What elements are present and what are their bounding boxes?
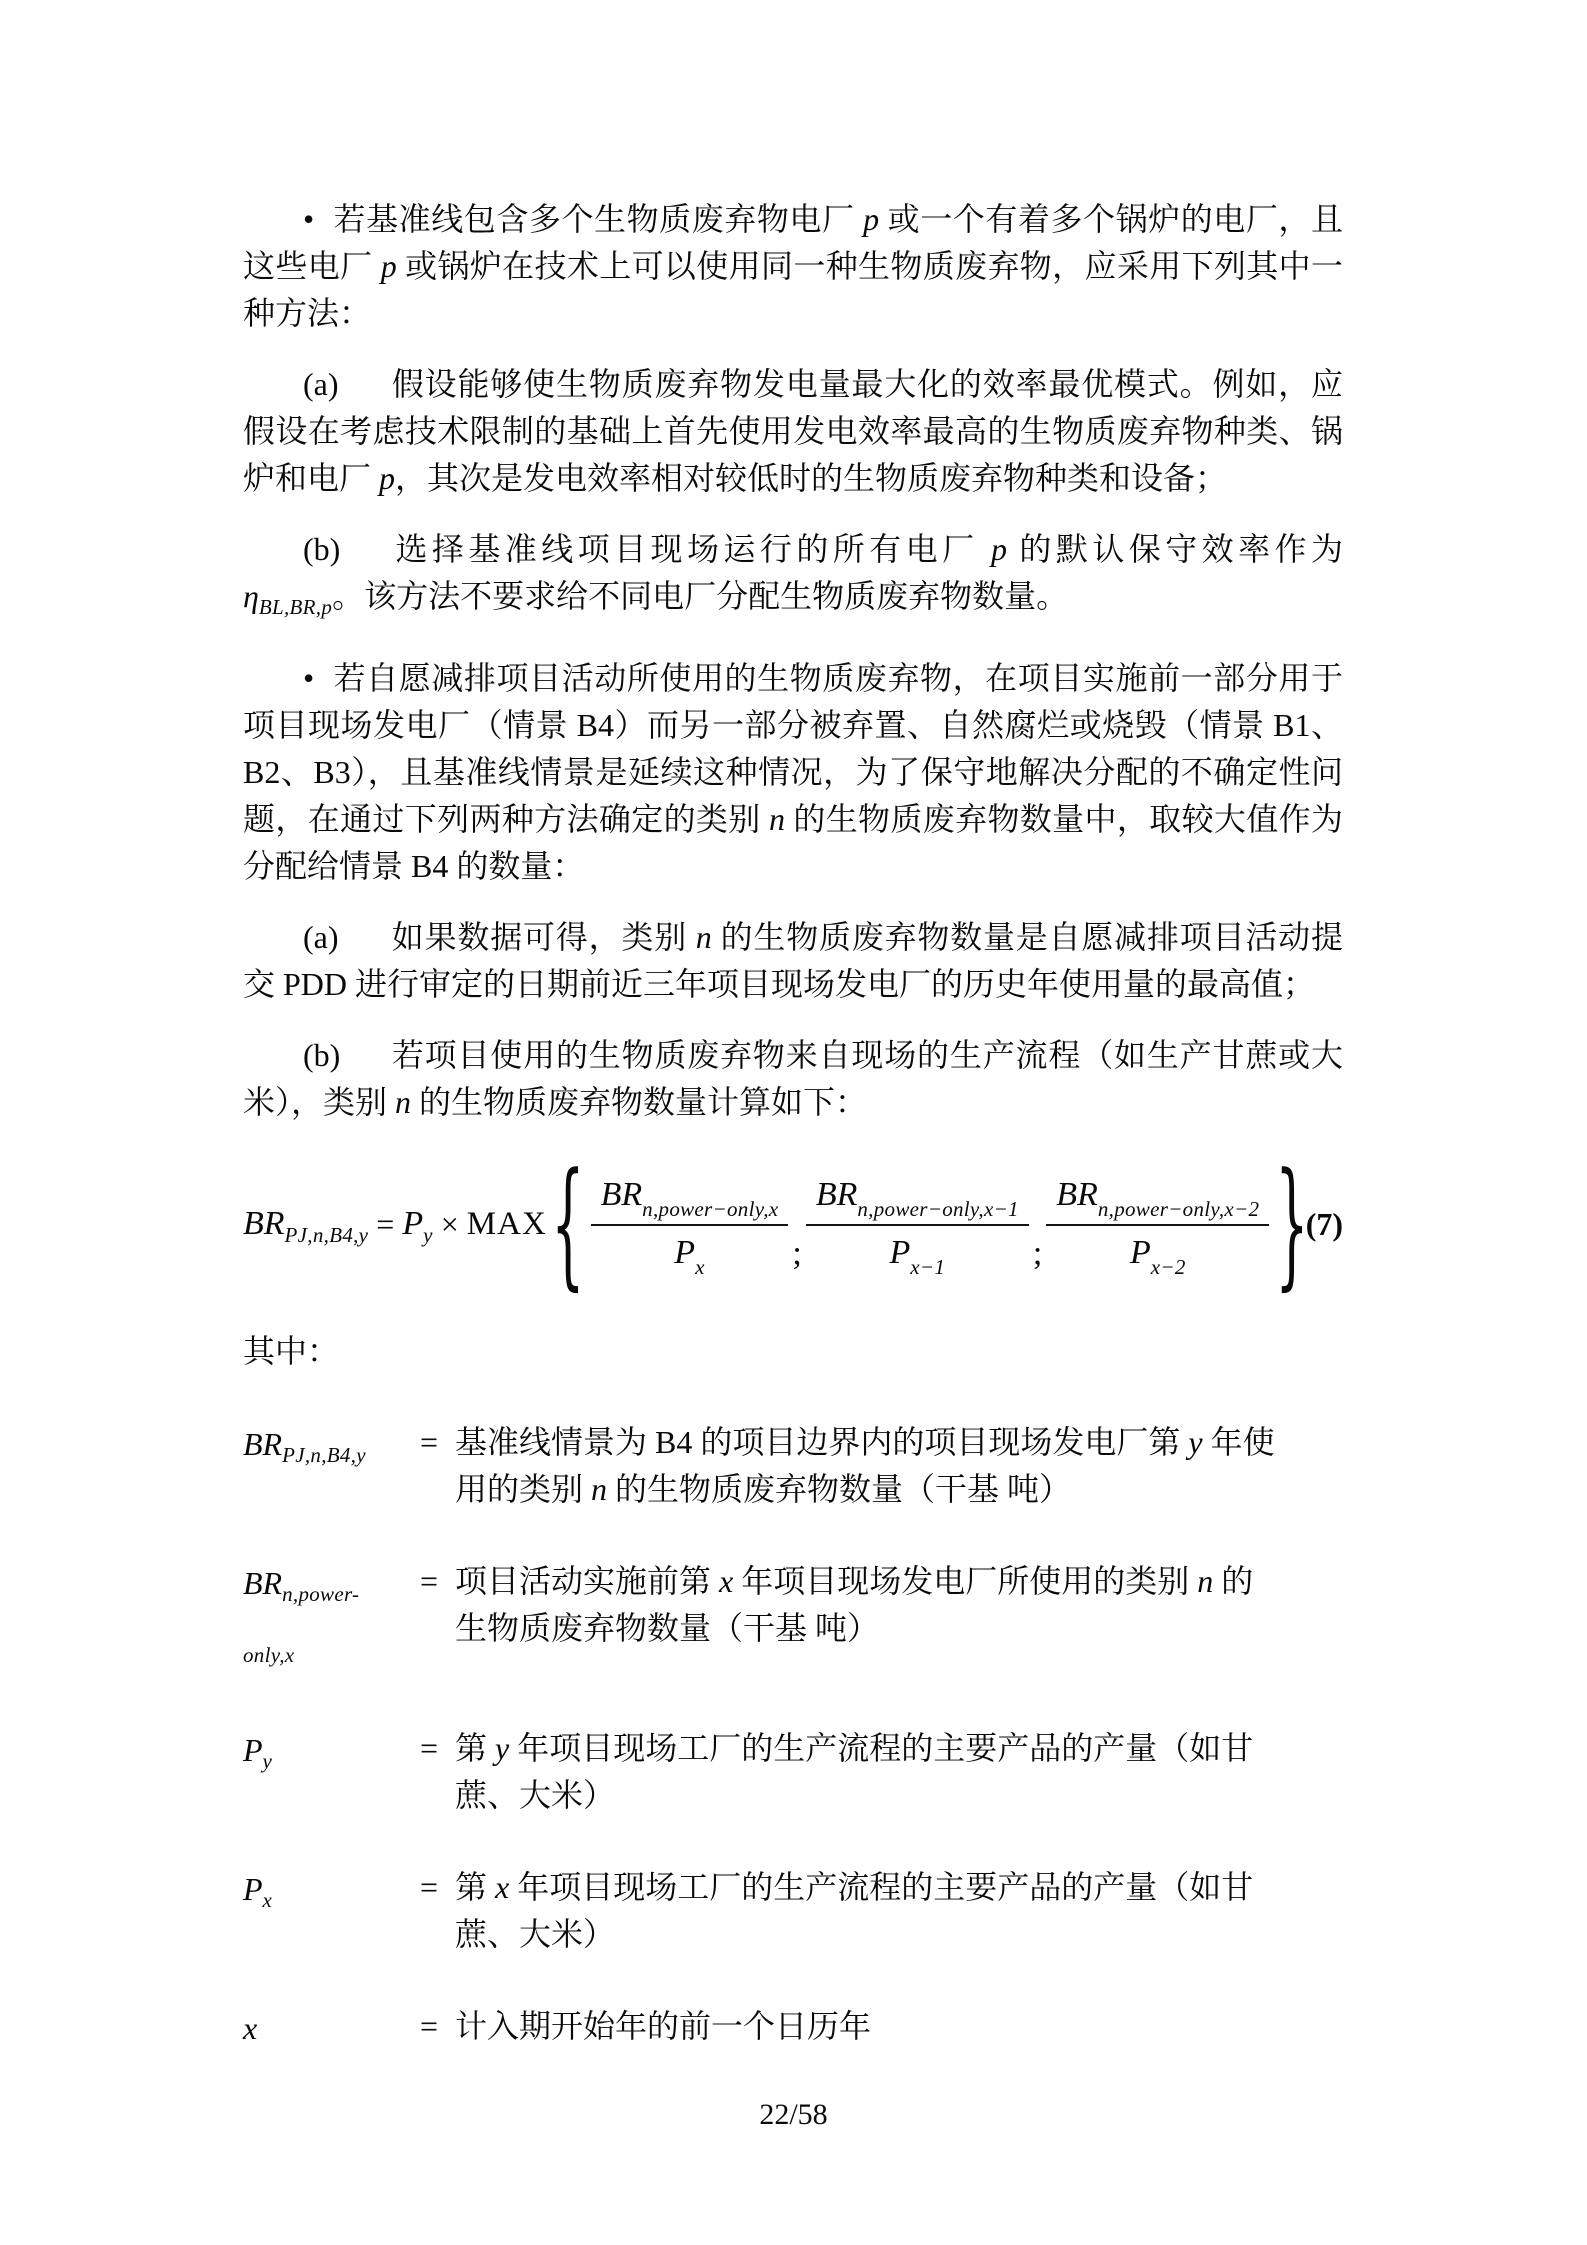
list-label: (a) — [303, 361, 391, 408]
equation-formula: BRPJ,n,B4,y = Py × MAX { BRn,power−only,… — [243, 1176, 1313, 1272]
lettered-paragraph-a2: (a)如果数据可得，类别 n 的生物质废弃物数量是自愿减排项目活动提交 PDD … — [243, 914, 1343, 1008]
bullet-paragraph-2: •若自愿减排项目活动所使用的生物质废弃物，在项目实施前一部分用于项目现场发电厂（… — [243, 655, 1343, 890]
fraction-separator: ; — [790, 1237, 803, 1271]
multiply-sign: × — [433, 1208, 467, 1240]
definition-term: Py — [243, 1725, 420, 1786]
page-body: •若基准线包含多个生物质废弃物电厂 p 或一个有着多个锅炉的电厂，且这些电厂 p… — [243, 196, 1343, 2053]
fraction-2: BRn,power−only,x−1 Px−1 — [806, 1176, 1029, 1272]
left-brace: { — [546, 1155, 590, 1293]
fraction-3-numerator-subscript: n,power−only,x−2 — [1098, 1197, 1259, 1221]
definition-description: 基准线情景为 B4 的项目边界内的项目现场发电厂第 y 年使用的类别 n 的生物… — [455, 1419, 1343, 1513]
equals-sign: = — [368, 1208, 402, 1240]
definition-row-x: x = 计入期开始年的前一个日历年 — [243, 2003, 1343, 2053]
paragraph-text: 选择基准线项目现场运行的所有电厂 p 的默认保守效率作为 ηBL,BR,p。该方… — [243, 531, 1343, 614]
fraction-3-denominator: P — [1130, 1234, 1151, 1271]
fraction-3-numerator: BR — [1056, 1176, 1098, 1213]
definition-description: 项目活动实施前第 x 年项目现场发电厂所使用的类别 n 的生物质废弃物数量（干基… — [455, 1558, 1343, 1652]
equals-sign: = — [420, 1419, 455, 1466]
definition-description: 第 y 年项目现场工厂的生产流程的主要产品的产量（如甘蔗、大米） — [455, 1725, 1343, 1819]
lettered-paragraph-b1: (b)选择基准线项目现场运行的所有电厂 p 的默认保守效率作为 ηBL,BR,p… — [243, 526, 1343, 631]
definition-row-px: Px = 第 x 年项目现场工厂的生产流程的主要产品的产量（如甘蔗、大米） — [243, 1864, 1343, 1958]
bullet-icon: • — [303, 196, 333, 243]
paragraph-text: 若自愿减排项目活动所使用的生物质废弃物，在项目实施前一部分用于项目现场发电厂（情… — [243, 660, 1343, 884]
equation-number: (7) — [1306, 1208, 1343, 1240]
where-label: 其中： — [243, 1328, 1343, 1375]
definition-description: 第 x 年项目现场工厂的生产流程的主要产品的产量（如甘蔗、大米） — [455, 1864, 1343, 1958]
definition-term: Px — [243, 1864, 420, 1925]
page-number: 22/58 — [0, 2098, 1587, 2132]
paragraph-text: 若项目使用的生物质废弃物来自现场的生产流程（如生产甘蔗或大米），类别 n 的生物… — [243, 1037, 1343, 1120]
equation-coeff-base: P — [402, 1207, 423, 1241]
fraction-2-denominator-subscript: x−1 — [910, 1255, 945, 1279]
lettered-paragraph-b2: (b)若项目使用的生物质废弃物来自现场的生产流程（如生产甘蔗或大米），类别 n … — [243, 1032, 1343, 1126]
equation-lhs-subscript: PJ,n,B4,y — [285, 1225, 369, 1246]
max-operator: MAX — [467, 1208, 547, 1241]
definition-term: BRPJ,n,B4,y — [243, 1419, 420, 1480]
definition-description: 计入期开始年的前一个日历年 — [455, 2003, 1343, 2050]
paragraph-text: 假设能够使生物质废弃物发电量最大化的效率最优模式。例如，应假设在考虑技术限制的基… — [243, 366, 1343, 496]
bullet-paragraph-1: •若基准线包含多个生物质废弃物电厂 p 或一个有着多个锅炉的电厂，且这些电厂 p… — [243, 196, 1343, 337]
definition-row-br-poweronly: BRn,power-only,x = 项目活动实施前第 x 年项目现场发电厂所使… — [243, 1558, 1343, 1680]
fraction-1-numerator: BR — [601, 1176, 643, 1213]
fraction-1-denominator-subscript: x — [695, 1255, 705, 1279]
equation-lhs-base: BR — [243, 1207, 285, 1241]
equals-sign: = — [420, 2003, 455, 2050]
definition-term: BRn,power-only,x — [243, 1558, 420, 1680]
lettered-paragraph-a1: (a)假设能够使生物质废弃物发电量最大化的效率最优模式。例如，应假设在考虑技术限… — [243, 361, 1343, 502]
fraction-3: BRn,power−only,x−2 Px−2 — [1046, 1176, 1269, 1272]
definition-row-py: Py = 第 y 年项目现场工厂的生产流程的主要产品的产量（如甘蔗、大米） — [243, 1725, 1343, 1819]
equals-sign: = — [420, 1725, 455, 1772]
fraction-2-numerator: BR — [816, 1176, 858, 1213]
fraction-1: BRn,power−only,x Px — [591, 1176, 789, 1272]
equals-sign: = — [420, 1864, 455, 1911]
equals-sign: = — [420, 1558, 455, 1605]
fraction-2-numerator-subscript: n,power−only,x−1 — [857, 1197, 1018, 1221]
fraction-3-denominator-subscript: x−2 — [1151, 1255, 1186, 1279]
fraction-separator: ; — [1031, 1237, 1044, 1271]
definition-term: x — [243, 2003, 420, 2053]
equation-block: BRPJ,n,B4,y = Py × MAX { BRn,power−only,… — [243, 1150, 1343, 1298]
document-page: •若基准线包含多个生物质废弃物电厂 p 或一个有着多个锅炉的电厂，且这些电厂 p… — [0, 0, 1587, 2245]
list-label: (b) — [303, 1032, 391, 1079]
bullet-icon: • — [303, 655, 333, 702]
definition-row-br-pj: BRPJ,n,B4,y = 基准线情景为 B4 的项目边界内的项目现场发电厂第 … — [243, 1419, 1343, 1513]
paragraph-text: 如果数据可得，类别 n 的生物质废弃物数量是自愿减排项目活动提交 PDD 进行审… — [243, 919, 1343, 1002]
fraction-2-denominator: P — [889, 1234, 910, 1271]
fraction-1-denominator: P — [674, 1234, 695, 1271]
fraction-1-numerator-subscript: n,power−only,x — [642, 1197, 778, 1221]
equation-coeff-subscript: y — [423, 1225, 433, 1246]
list-label: (b) — [303, 526, 391, 573]
paragraph-text: 若基准线包含多个生物质废弃物电厂 p 或一个有着多个锅炉的电厂，且这些电厂 p … — [243, 201, 1343, 331]
list-label: (a) — [303, 914, 391, 961]
